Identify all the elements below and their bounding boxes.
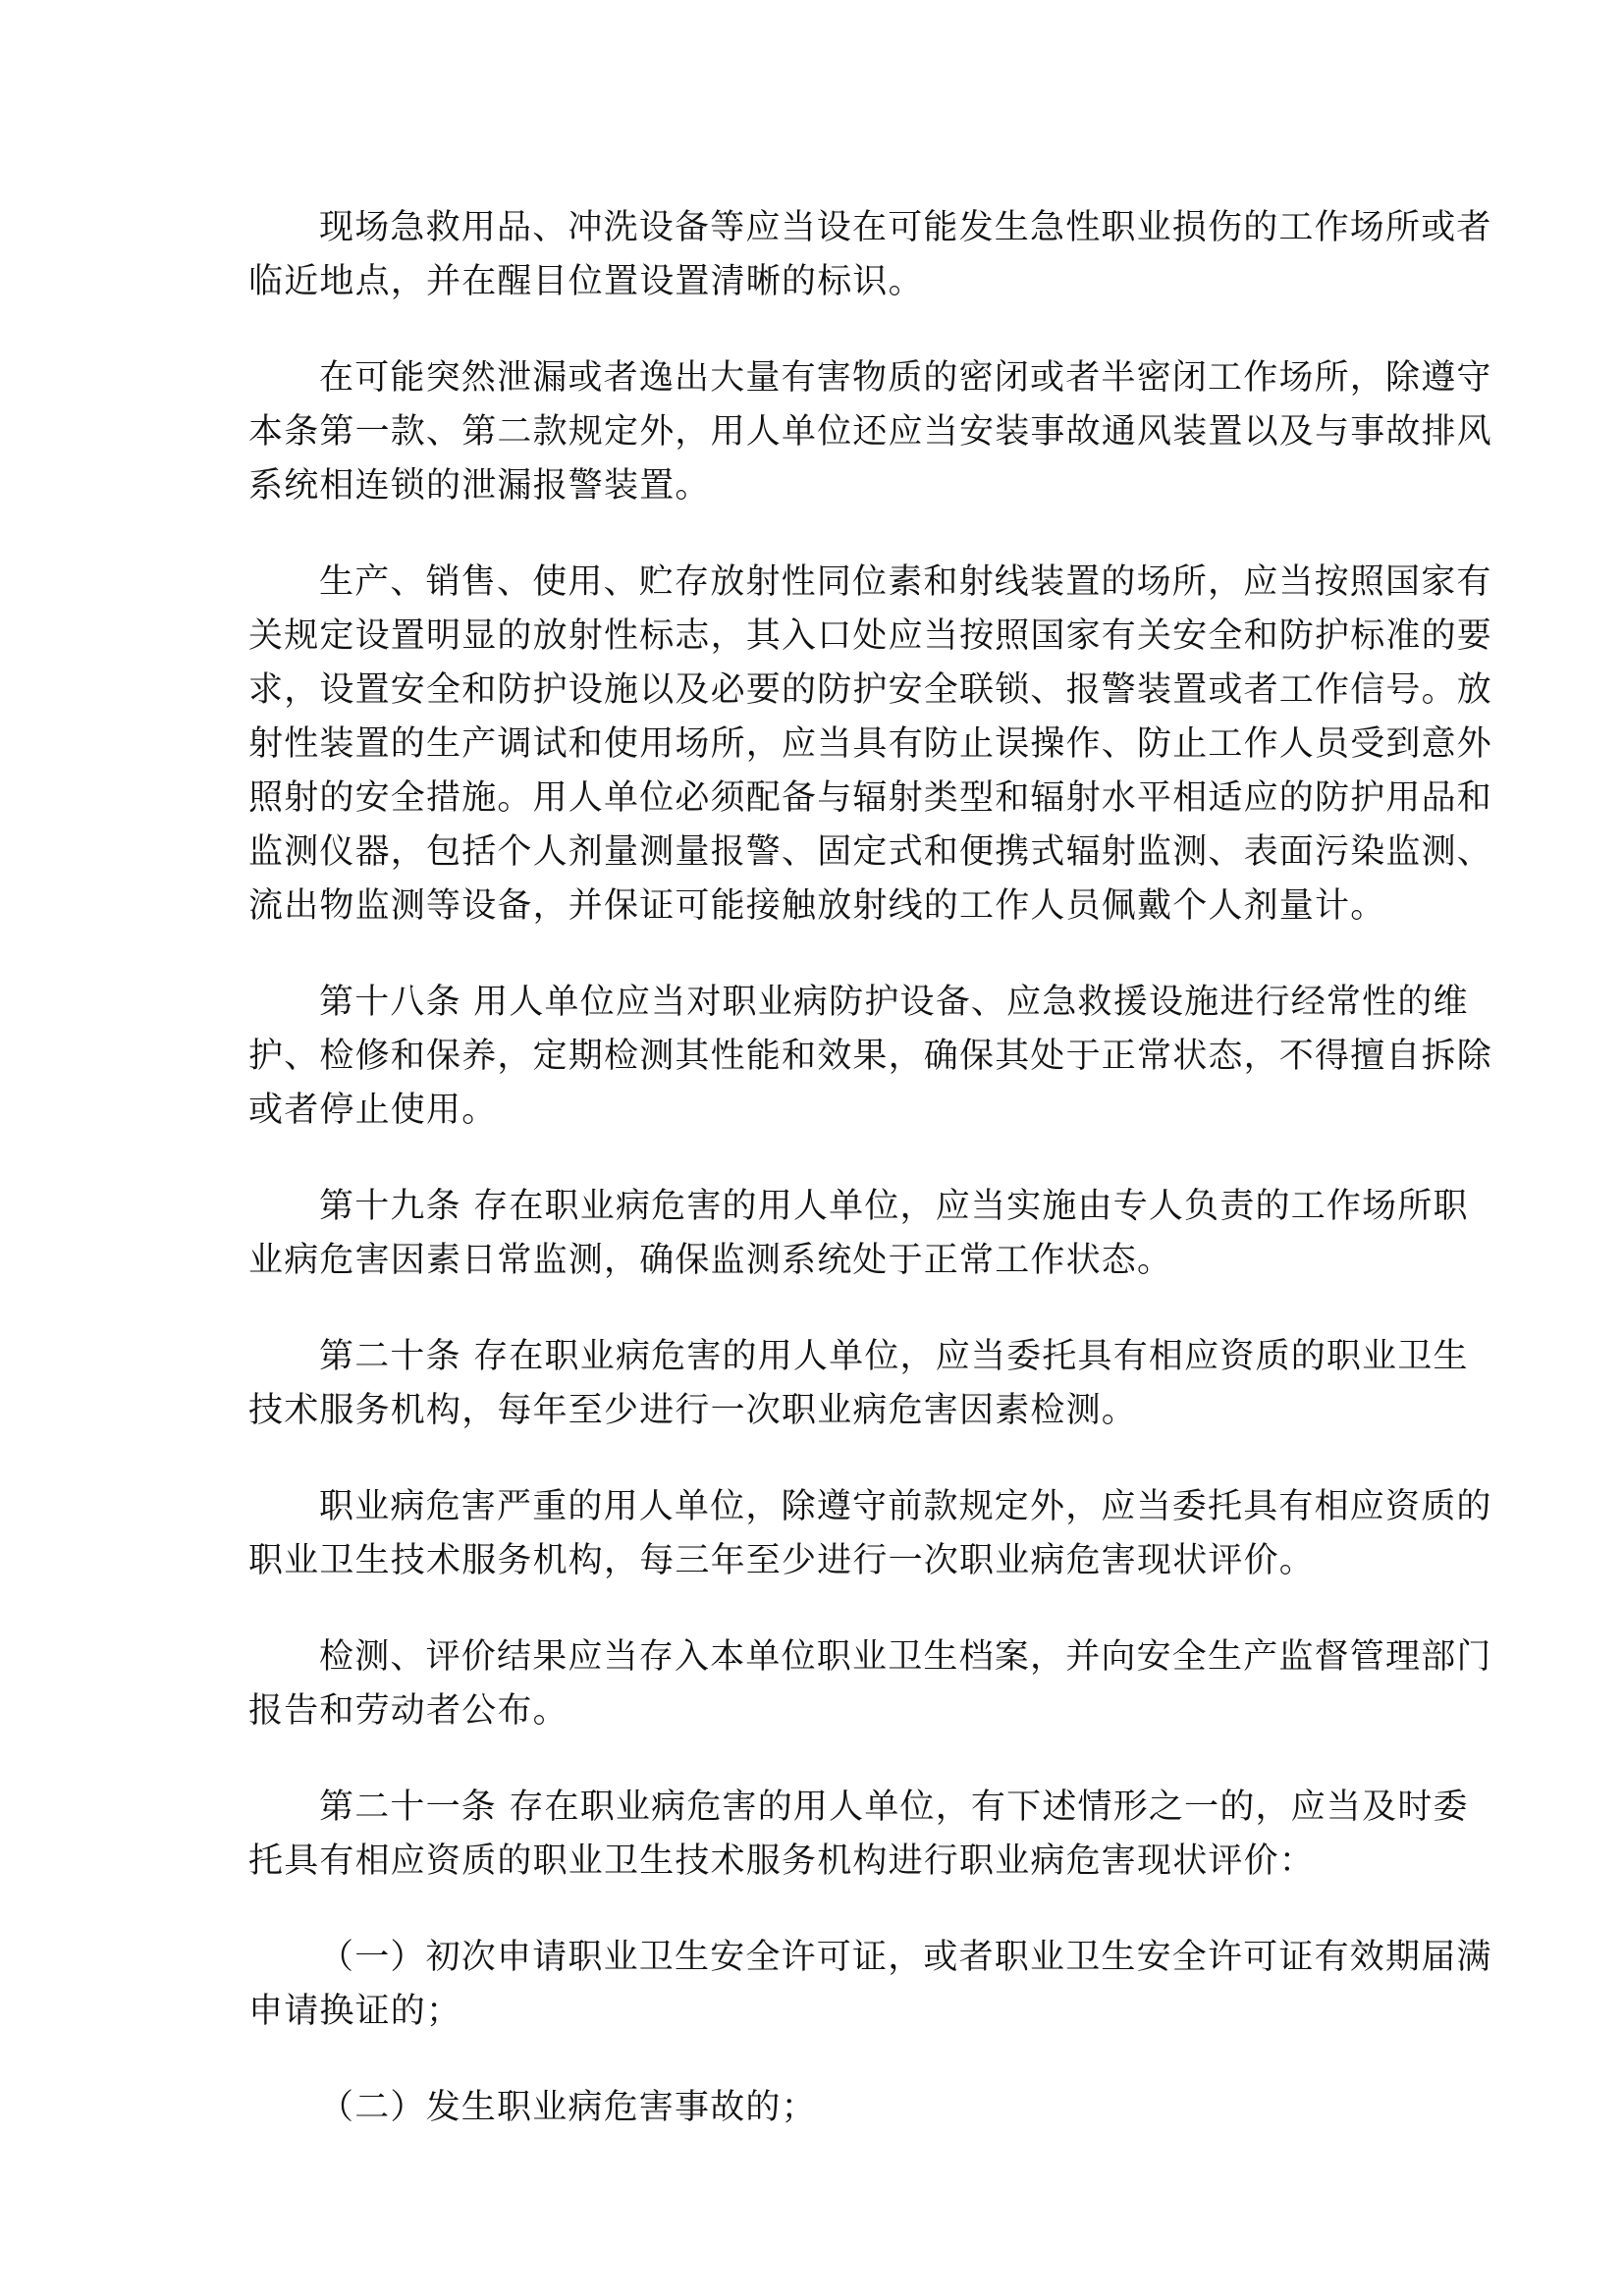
item-1-line-1: （一）初次申请职业卫生安全许可证，或者职业卫生安全许可证有效期届满 [319,1933,1387,1982]
article-21-line-2: 托具有相应资质的职业卫生技术服务机构进行职业病危害现状评价： [248,1837,1387,1886]
paragraph-1-line-1: 现场急救用品、冲洗设备等应当设在可能发生急性职业损伤的工作场所或者 [319,203,1387,252]
paragraph-2-line-3: 系统相连锁的泄漏报警装置。 [248,461,1387,510]
paragraph-3-line-4: 射性装置的生产调试和使用场所，应当具有防止误操作、防止工作人员受到意外 [248,720,1387,769]
paragraph-2-line-2: 本条第一款、第二款规定外，用人单位还应当安装事故通风装置以及与事故排风 [248,407,1387,456]
paragraph-8-line-1: 检测、评价结果应当存入本单位职业卫生档案，并向安全生产监督管理部门 [319,1632,1387,1682]
document-page: 现场急救用品、冲洗设备等应当设在可能发生急性职业损伤的工作场所或者 临近地点，并… [0,0,1624,2296]
article-18-line-2: 护、检修和保养，定期检测其性能和效果，确保其处于正常状态，不得擅自拆除 [248,1032,1387,1081]
paragraph-8-line-2: 报告和劳动者公布。 [248,1686,1387,1735]
paragraph-3-line-1: 生产、销售、使用、贮存放射性同位素和射线装置的场所，应当按照国家有 [319,558,1387,607]
paragraph-3-line-5: 照射的安全措施。用人单位必须配备与辐射类型和辐射水平相适应的防护用品和 [248,774,1387,823]
item-1-line-2: 申请换证的； [248,1987,1387,2036]
article-19-line-1: 第十九条 存在职业病危害的用人单位，应当实施由专人负责的工作场所职 [319,1182,1387,1231]
paragraph-3-line-7: 流出物监测等设备，并保证可能接触放射线的工作人员佩戴个人剂量计。 [248,881,1387,931]
article-20-line-1: 第二十条 存在职业病危害的用人单位，应当委托具有相应资质的职业卫生 [319,1332,1387,1381]
article-18-line-3: 或者停止使用。 [248,1086,1387,1135]
paragraph-7-line-2: 职业卫生技术服务机构，每三年至少进行一次职业病危害现状评价。 [248,1536,1387,1585]
paragraph-7-line-1: 职业病危害严重的用人单位，除遵守前款规定外，应当委托具有相应资质的 [319,1482,1387,1531]
paragraph-1-line-2: 临近地点，并在醒目位置设置清晰的标识。 [248,257,1387,306]
item-2-line-1: （二）发生职业病危害事故的； [319,2083,1458,2132]
article-21-line-1: 第二十一条 存在职业病危害的用人单位，有下述情形之一的，应当及时委 [319,1783,1387,1832]
paragraph-3-line-6: 监测仪器，包括个人剂量测量报警、固定式和便携式辐射监测、表面污染监测、 [248,828,1387,877]
article-18-line-1: 第十八条 用人单位应当对职业病防护设备、应急救援设施进行经常性的维 [319,978,1387,1027]
paragraph-2-line-1: 在可能突然泄漏或者逸出大量有害物质的密闭或者半密闭工作场所，除遵守 [319,353,1387,402]
paragraph-3-line-3: 求，设置安全和防护设施以及必要的防护安全联锁、报警装置或者工作信号。放 [248,666,1387,715]
article-20-line-2: 技术服务机构，每年至少进行一次职业病危害因素检测。 [248,1386,1387,1435]
article-19-line-2: 业病危害因素日常监测，确保监测系统处于正常工作状态。 [248,1236,1387,1285]
paragraph-3-line-2: 关规定设置明显的放射性标志，其入口处应当按照国家有关安全和防护标准的要 [248,612,1387,661]
